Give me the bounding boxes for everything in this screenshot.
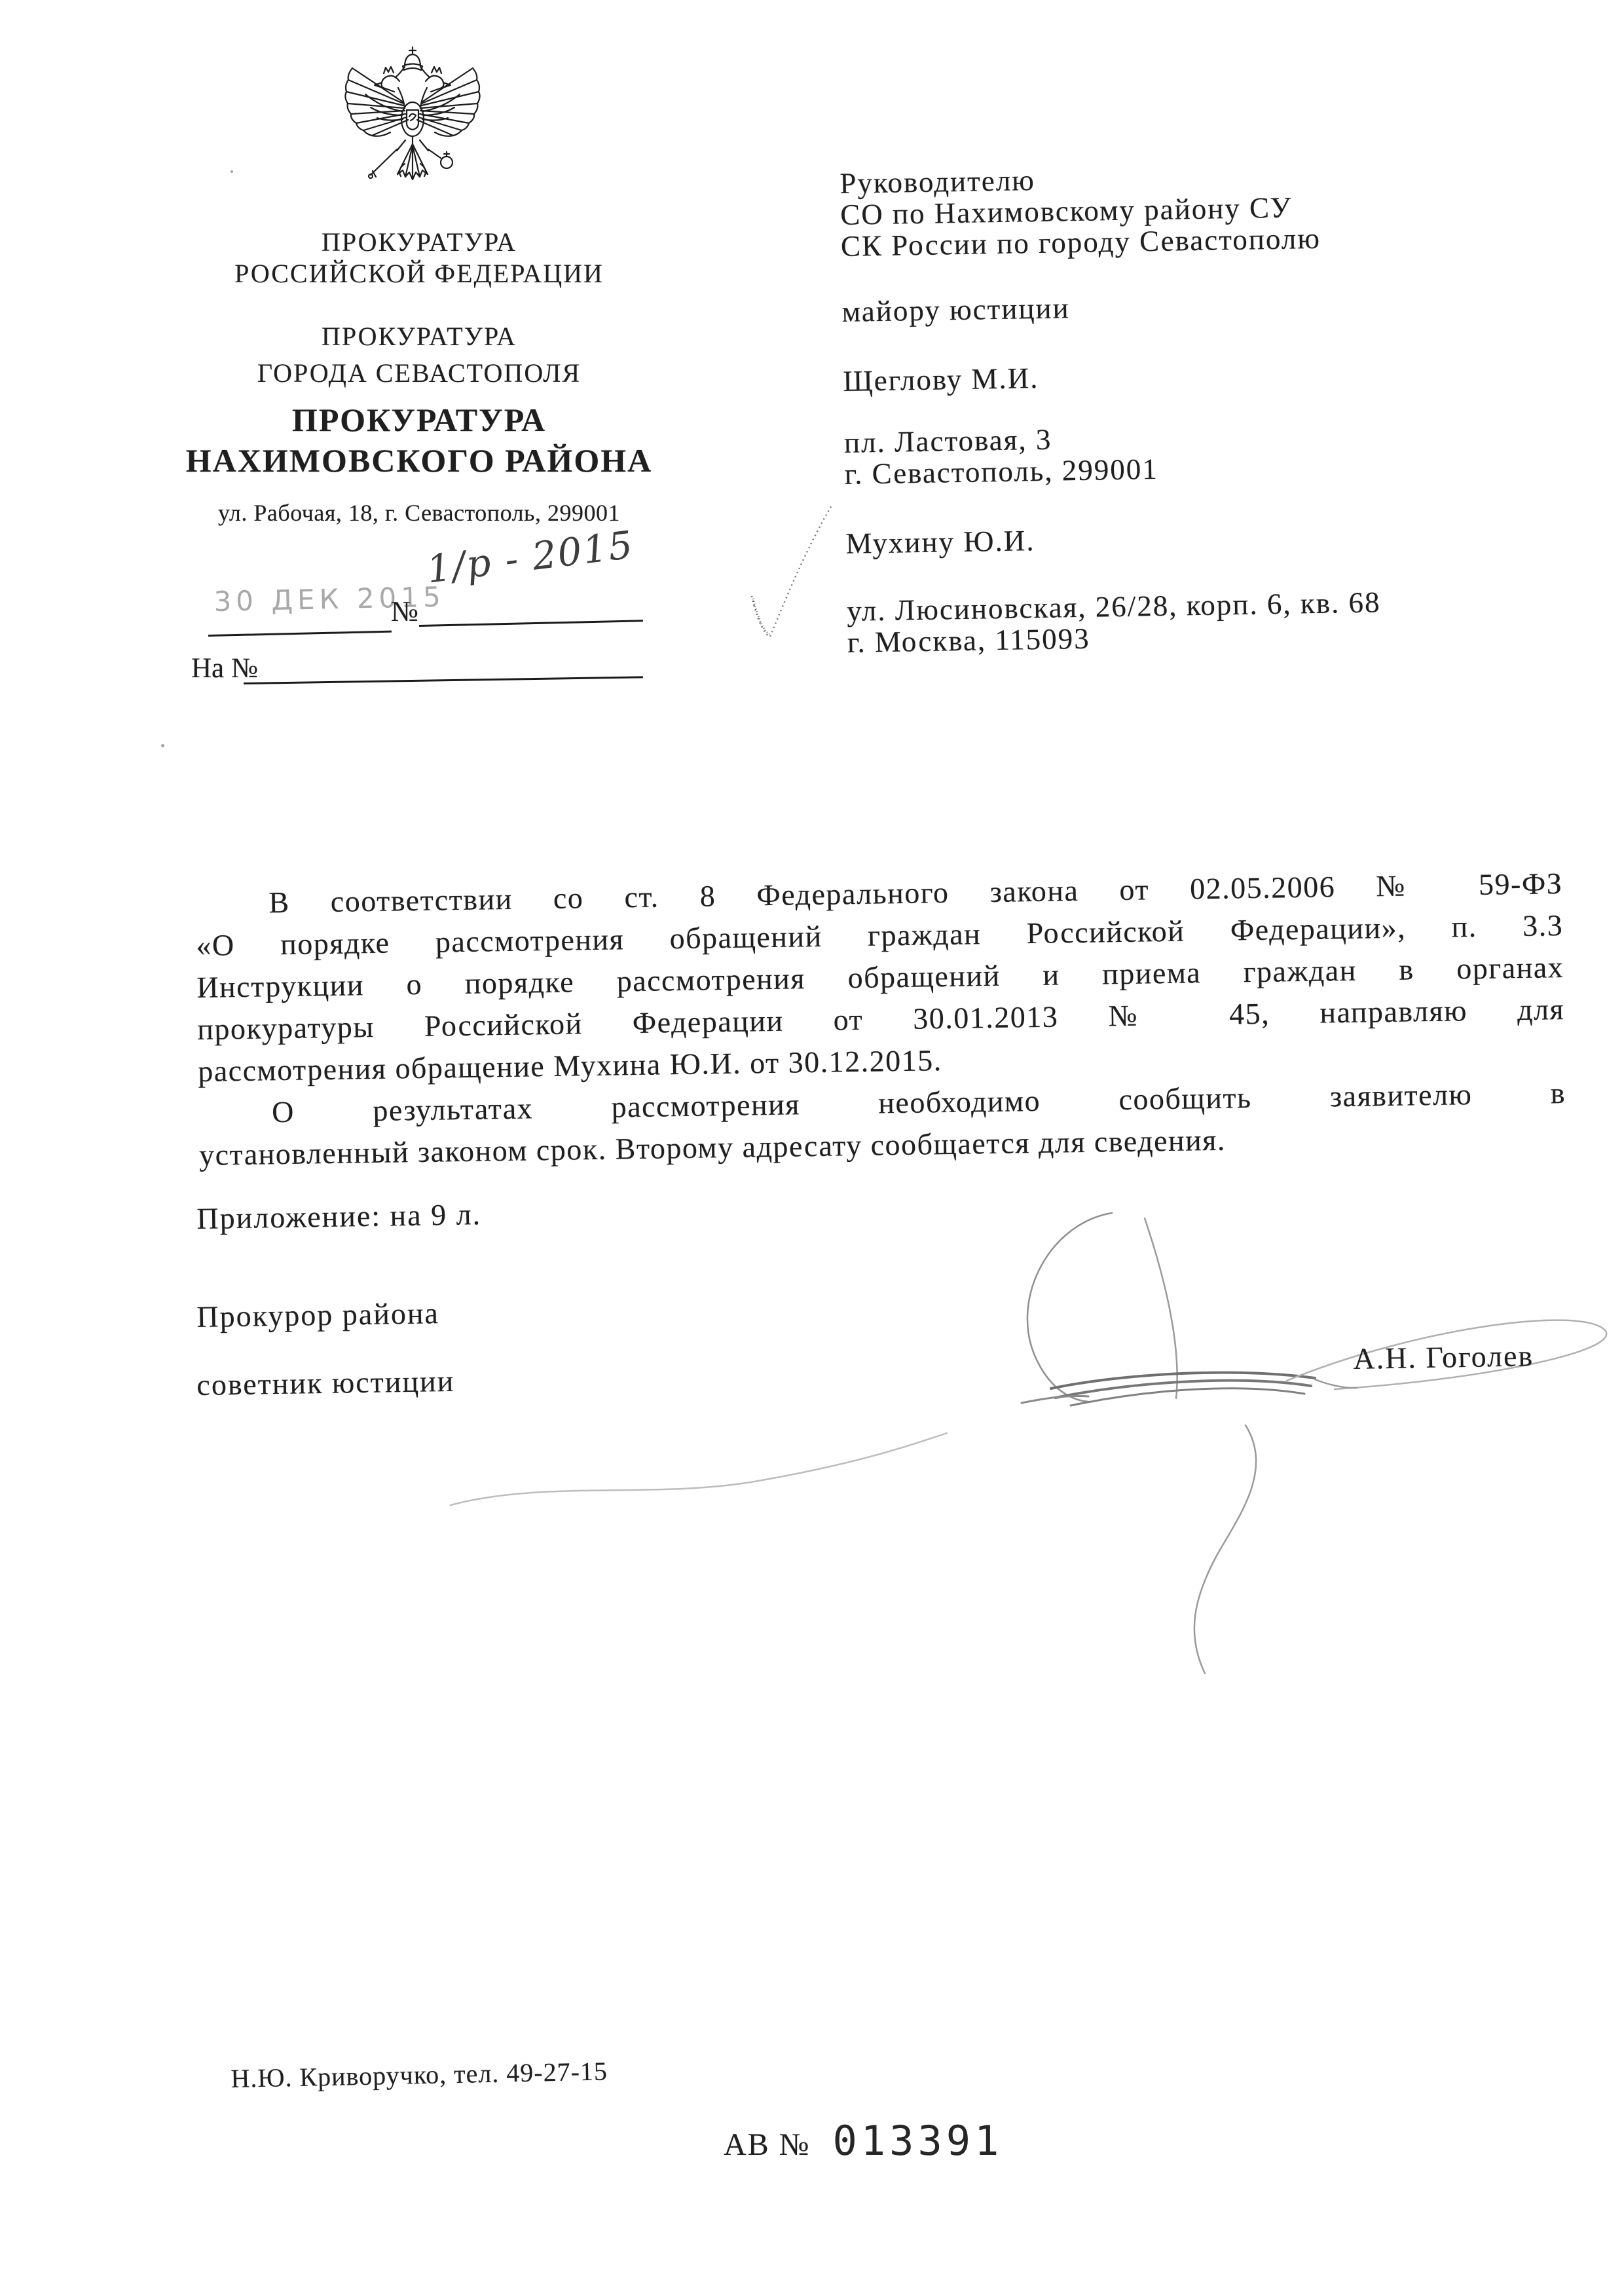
letterhead-org-federation: ПРОКУРАТУРА РОССИЙСКОЙ ФЕДЕРАЦИИ	[157, 227, 681, 289]
recipient-rank: майору юстиции	[841, 283, 1615, 327]
letterhead-org-city: ПРОКУРАТУРА ГОРОДА СЕВАСТОПОЛЯ	[157, 318, 681, 392]
form-number-row: АВ № 013391	[724, 2117, 1003, 2165]
letterhead-address: ул. Рабочая, 18, г. Севастополь, 299001	[157, 499, 681, 527]
stamp-underline	[208, 631, 392, 637]
org-city-line2: ГОРОДА СЕВАСТОПОЛЯ	[157, 355, 681, 392]
org-federation-line1: ПРОКУРАТУРА	[157, 227, 681, 258]
scan-speck	[231, 170, 233, 173]
org-federation-line2: РОССИЙСКОЙ ФЕДЕРАЦИИ	[157, 258, 681, 289]
coat-of-arms-russia-icon	[342, 46, 483, 190]
form-number: 013391	[832, 2117, 1003, 2165]
letter-body: В соответствии со ст. 8 Федерального зак…	[195, 863, 1566, 1176]
executor-line: Н.Ю. Криворучко, тел. 49-27-15	[231, 2055, 608, 2094]
recipient-block: Руководителю СО по Нахимовскому району С…	[840, 155, 1620, 658]
signer-name: А.Н. Гоголев	[1353, 1338, 1534, 1376]
outgoing-number-sign: №	[391, 595, 418, 628]
scan-speck	[161, 744, 164, 747]
form-series: АВ №	[724, 2127, 810, 2163]
scanned-letter-page: ПРОКУРАТУРА РОССИЙСКОЙ ФЕДЕРАЦИИ ПРОКУРА…	[0, 0, 1624, 2295]
incoming-number-underline	[244, 676, 643, 684]
org-city-line1: ПРОКУРАТУРА	[157, 318, 681, 355]
outgoing-number-handwritten: 1/р - 2015	[424, 522, 637, 591]
org-district-line2: НАХИМОВСКОГО РАЙОНА	[157, 440, 681, 481]
letterhead-org-district: ПРОКУРАТУРА НАХИМОВСКОГО РАЙОНА	[157, 400, 681, 481]
recipient-name-2: Мухину Ю.И.	[845, 515, 1619, 559]
signature-scribble	[393, 1172, 1624, 1690]
number-underline	[419, 620, 643, 627]
incoming-number-label: На №	[191, 652, 258, 684]
handwritten-checkmark-icon	[732, 486, 863, 650]
recipient-name-1: Щеглову М.И.	[843, 352, 1616, 397]
org-district-line1: ПРОКУРАТУРА	[157, 400, 681, 440]
